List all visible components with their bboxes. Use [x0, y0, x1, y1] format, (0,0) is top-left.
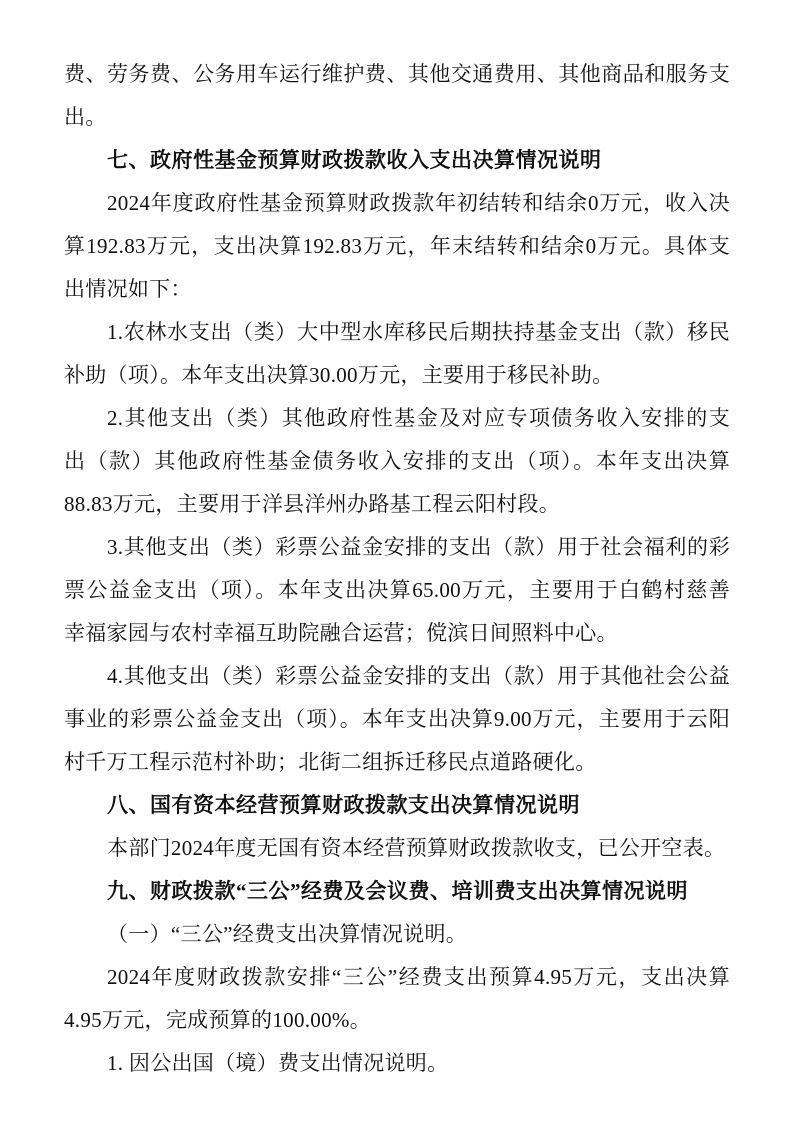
text-line: 2024年度财政拨款安排“三公”经费支出预算4.95万元，支出决算 [64, 956, 730, 999]
heading-line: 八、国有资本经营预算财政拨款支出决算情况说明 [64, 784, 730, 827]
paragraph: 2.其他支出（类）其他政府性基金及对应专项债务收入安排的支出（款）其他政府性基金… [64, 397, 730, 526]
text-line: 幸福家园与农村幸福互助院融合运营；傥滨日间照料中心。 [64, 612, 730, 655]
text-line: 补助（项）。本年支出决算30.00万元，主要用于移民补助。 [64, 354, 730, 397]
paragraph: 1.农林水支出（类）大中型水库移民后期扶持基金支出（款）移民补助（项）。本年支出… [64, 311, 730, 397]
text-line: 3.其他支出（类）彩票公益金安排的支出（款）用于社会福利的彩 [64, 526, 730, 569]
paragraph: 本部门2024年度无国有资本经营预算财政拨款收支，已公开空表。 [64, 827, 730, 870]
paragraph: 2024年度政府性基金预算财政拨款年初结转和结余0万元，收入决算192.83万元… [64, 182, 730, 311]
text-line: 出。 [64, 96, 730, 139]
paragraph: 费、劳务费、公务用车运行维护费、其他交通费用、其他商品和服务支出。 [64, 53, 730, 139]
text-line: 1. 因公出国（境）费支出情况说明。 [64, 1042, 730, 1085]
section-heading: 七、政府性基金预算财政拨款收入支出决算情况说明 [64, 139, 730, 182]
text-line: （一）“三公”经费支出决算情况说明。 [64, 913, 730, 956]
text-line: 票公益金支出（项）。本年支出决算65.00万元，主要用于白鹤村慈善 [64, 569, 730, 612]
heading-line: 九、财政拨款“三公”经费及会议费、培训费支出决算情况说明 [64, 870, 730, 913]
text-line: 4.其他支出（类）彩票公益金安排的支出（款）用于其他社会公益 [64, 655, 730, 698]
section-heading: 九、财政拨款“三公”经费及会议费、培训费支出决算情况说明 [64, 870, 730, 913]
paragraph: 4.其他支出（类）彩票公益金安排的支出（款）用于其他社会公益事业的彩票公益金支出… [64, 655, 730, 784]
paragraph: 1. 因公出国（境）费支出情况说明。 [64, 1042, 730, 1085]
paragraph: 3.其他支出（类）彩票公益金安排的支出（款）用于社会福利的彩票公益金支出（项）。… [64, 526, 730, 655]
text-line: 88.83万元，主要用于洋县洋州办路基工程云阳村段。 [64, 483, 730, 526]
text-line: 出（款）其他政府性基金债务收入安排的支出（项）。本年支出决算 [64, 440, 730, 483]
paragraph: 2024年度财政拨款安排“三公”经费支出预算4.95万元，支出决算4.95万元，… [64, 956, 730, 1042]
document-page: 费、劳务费、公务用车运行维护费、其他交通费用、其他商品和服务支出。七、政府性基金… [0, 0, 793, 1122]
text-line: 出情况如下： [64, 268, 730, 311]
paragraph: （一）“三公”经费支出决算情况说明。 [64, 913, 730, 956]
text-line: 费、劳务费、公务用车运行维护费、其他交通费用、其他商品和服务支 [64, 53, 730, 96]
text-line: 2.其他支出（类）其他政府性基金及对应专项债务收入安排的支 [64, 397, 730, 440]
text-line: 事业的彩票公益金支出（项）。本年支出决算9.00万元，主要用于云阳 [64, 698, 730, 741]
text-line: 本部门2024年度无国有资本经营预算财政拨款收支，已公开空表。 [64, 827, 730, 870]
text-line: 村千万工程示范村补助；北街二组拆迁移民点道路硬化。 [64, 741, 730, 784]
section-heading: 八、国有资本经营预算财政拨款支出决算情况说明 [64, 784, 730, 827]
text-line: 4.95万元，完成预算的100.00%。 [64, 999, 730, 1042]
text-line: 算192.83万元，支出决算192.83万元，年末结转和结余0万元。具体支 [64, 225, 730, 268]
heading-line: 七、政府性基金预算财政拨款收入支出决算情况说明 [64, 139, 730, 182]
text-line: 1.农林水支出（类）大中型水库移民后期扶持基金支出（款）移民 [64, 311, 730, 354]
document-body: 费、劳务费、公务用车运行维护费、其他交通费用、其他商品和服务支出。七、政府性基金… [64, 53, 730, 1085]
text-line: 2024年度政府性基金预算财政拨款年初结转和结余0万元，收入决 [64, 182, 730, 225]
